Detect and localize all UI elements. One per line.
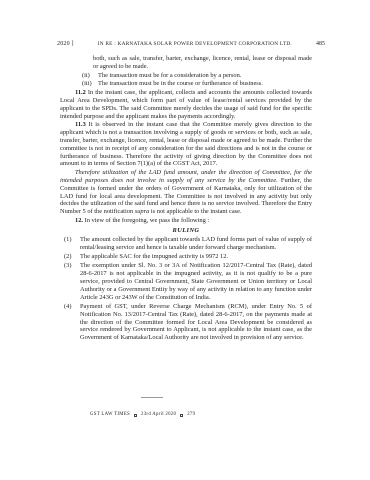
- square-icon: [134, 414, 137, 417]
- ruling-item-3: (3) The exemption under Sl. No. 3 or 3A …: [60, 262, 312, 301]
- paragraph-11-2: 11.2 In the instant case, the applicant,…: [60, 89, 312, 120]
- list-marker: (iii): [82, 80, 92, 88]
- paragraph-text: It is observed in the instant case that …: [60, 121, 312, 167]
- paragraph-12: 12. In view of the foregoing, we pass th…: [60, 217, 312, 225]
- page-header: 2020 ] IN RE : KARNATAKA SOLAR POWER DEV…: [57, 41, 325, 48]
- ruling-item-text: The amount collected by the applicant to…: [80, 236, 312, 251]
- paragraph-clause-continuation: both, such as sale, transfer, barter, ex…: [93, 55, 312, 71]
- ruling-item-text: The applicable SAC for the impugned acti…: [80, 253, 228, 260]
- paragraph-text: In view of the foregoing, we pass the fo…: [85, 217, 210, 224]
- ruling-item-text: The exemption under Sl. No. 3 or 3A of N…: [80, 262, 312, 300]
- paragraph-conclusion: Therefore utilization of the LAD fund am…: [60, 169, 312, 216]
- footer-page-number: 279: [187, 412, 195, 418]
- list-marker: (1): [64, 236, 71, 244]
- section-divider: [141, 397, 163, 398]
- ruling-item-2: (2) The applicable SAC for the impugned …: [60, 253, 312, 261]
- ruling-item-text: Payment of GST, under Reverse Charge Mec…: [80, 303, 312, 341]
- paragraph-text: In the instant case, the applicant, coll…: [60, 89, 312, 119]
- header-page-number: 485: [316, 41, 325, 48]
- list-item-condition-iii: (iii) The transaction must be in the cou…: [60, 80, 312, 88]
- document-body: both, such as sale, transfer, barter, ex…: [60, 55, 312, 342]
- list-marker: (4): [64, 303, 71, 311]
- document-page: 2020 ] IN RE : KARNATAKA SOLAR POWER DEV…: [0, 0, 370, 480]
- page-footer: GST LAW TIMES 23rd April 2020 279: [90, 412, 195, 418]
- list-item-text: The transaction must be for a considerat…: [98, 72, 241, 79]
- ruling-heading: RULING: [60, 227, 312, 235]
- paragraph-number: 11.3: [75, 121, 86, 128]
- header-year: 2020 ]: [57, 41, 74, 48]
- conclusion-italic-text: Therefore utilization of the LAD fund am…: [60, 169, 312, 184]
- list-item-text: The transaction must be in the course or…: [98, 80, 263, 87]
- list-marker: (3): [64, 262, 71, 270]
- footer-date: 23rd April 2020: [141, 412, 176, 418]
- list-marker: (ii): [82, 72, 90, 80]
- ruling-item-4: (4) Payment of GST, under Reverse Charge…: [60, 303, 312, 342]
- conclusion-roman-text-end: is not applicable to the instant case.: [151, 208, 242, 215]
- paragraph-number: 12.: [75, 217, 83, 224]
- list-marker: (2): [64, 253, 71, 261]
- paragraph-11-3: 11.3 It is observed in the instant case …: [60, 121, 312, 168]
- paragraph-number: 11.2: [75, 89, 86, 96]
- list-item-condition-ii: (ii) The transaction must be for a consi…: [60, 72, 312, 80]
- supra-italic-term: supra: [135, 208, 150, 215]
- square-icon: [180, 414, 183, 417]
- footer-journal-name: GST LAW TIMES: [90, 412, 130, 418]
- ruling-item-1: (1) The amount collected by the applican…: [60, 236, 312, 252]
- header-case-title: IN RE : KARNATAKA SOLAR POWER DEVELOPMEN…: [74, 41, 316, 48]
